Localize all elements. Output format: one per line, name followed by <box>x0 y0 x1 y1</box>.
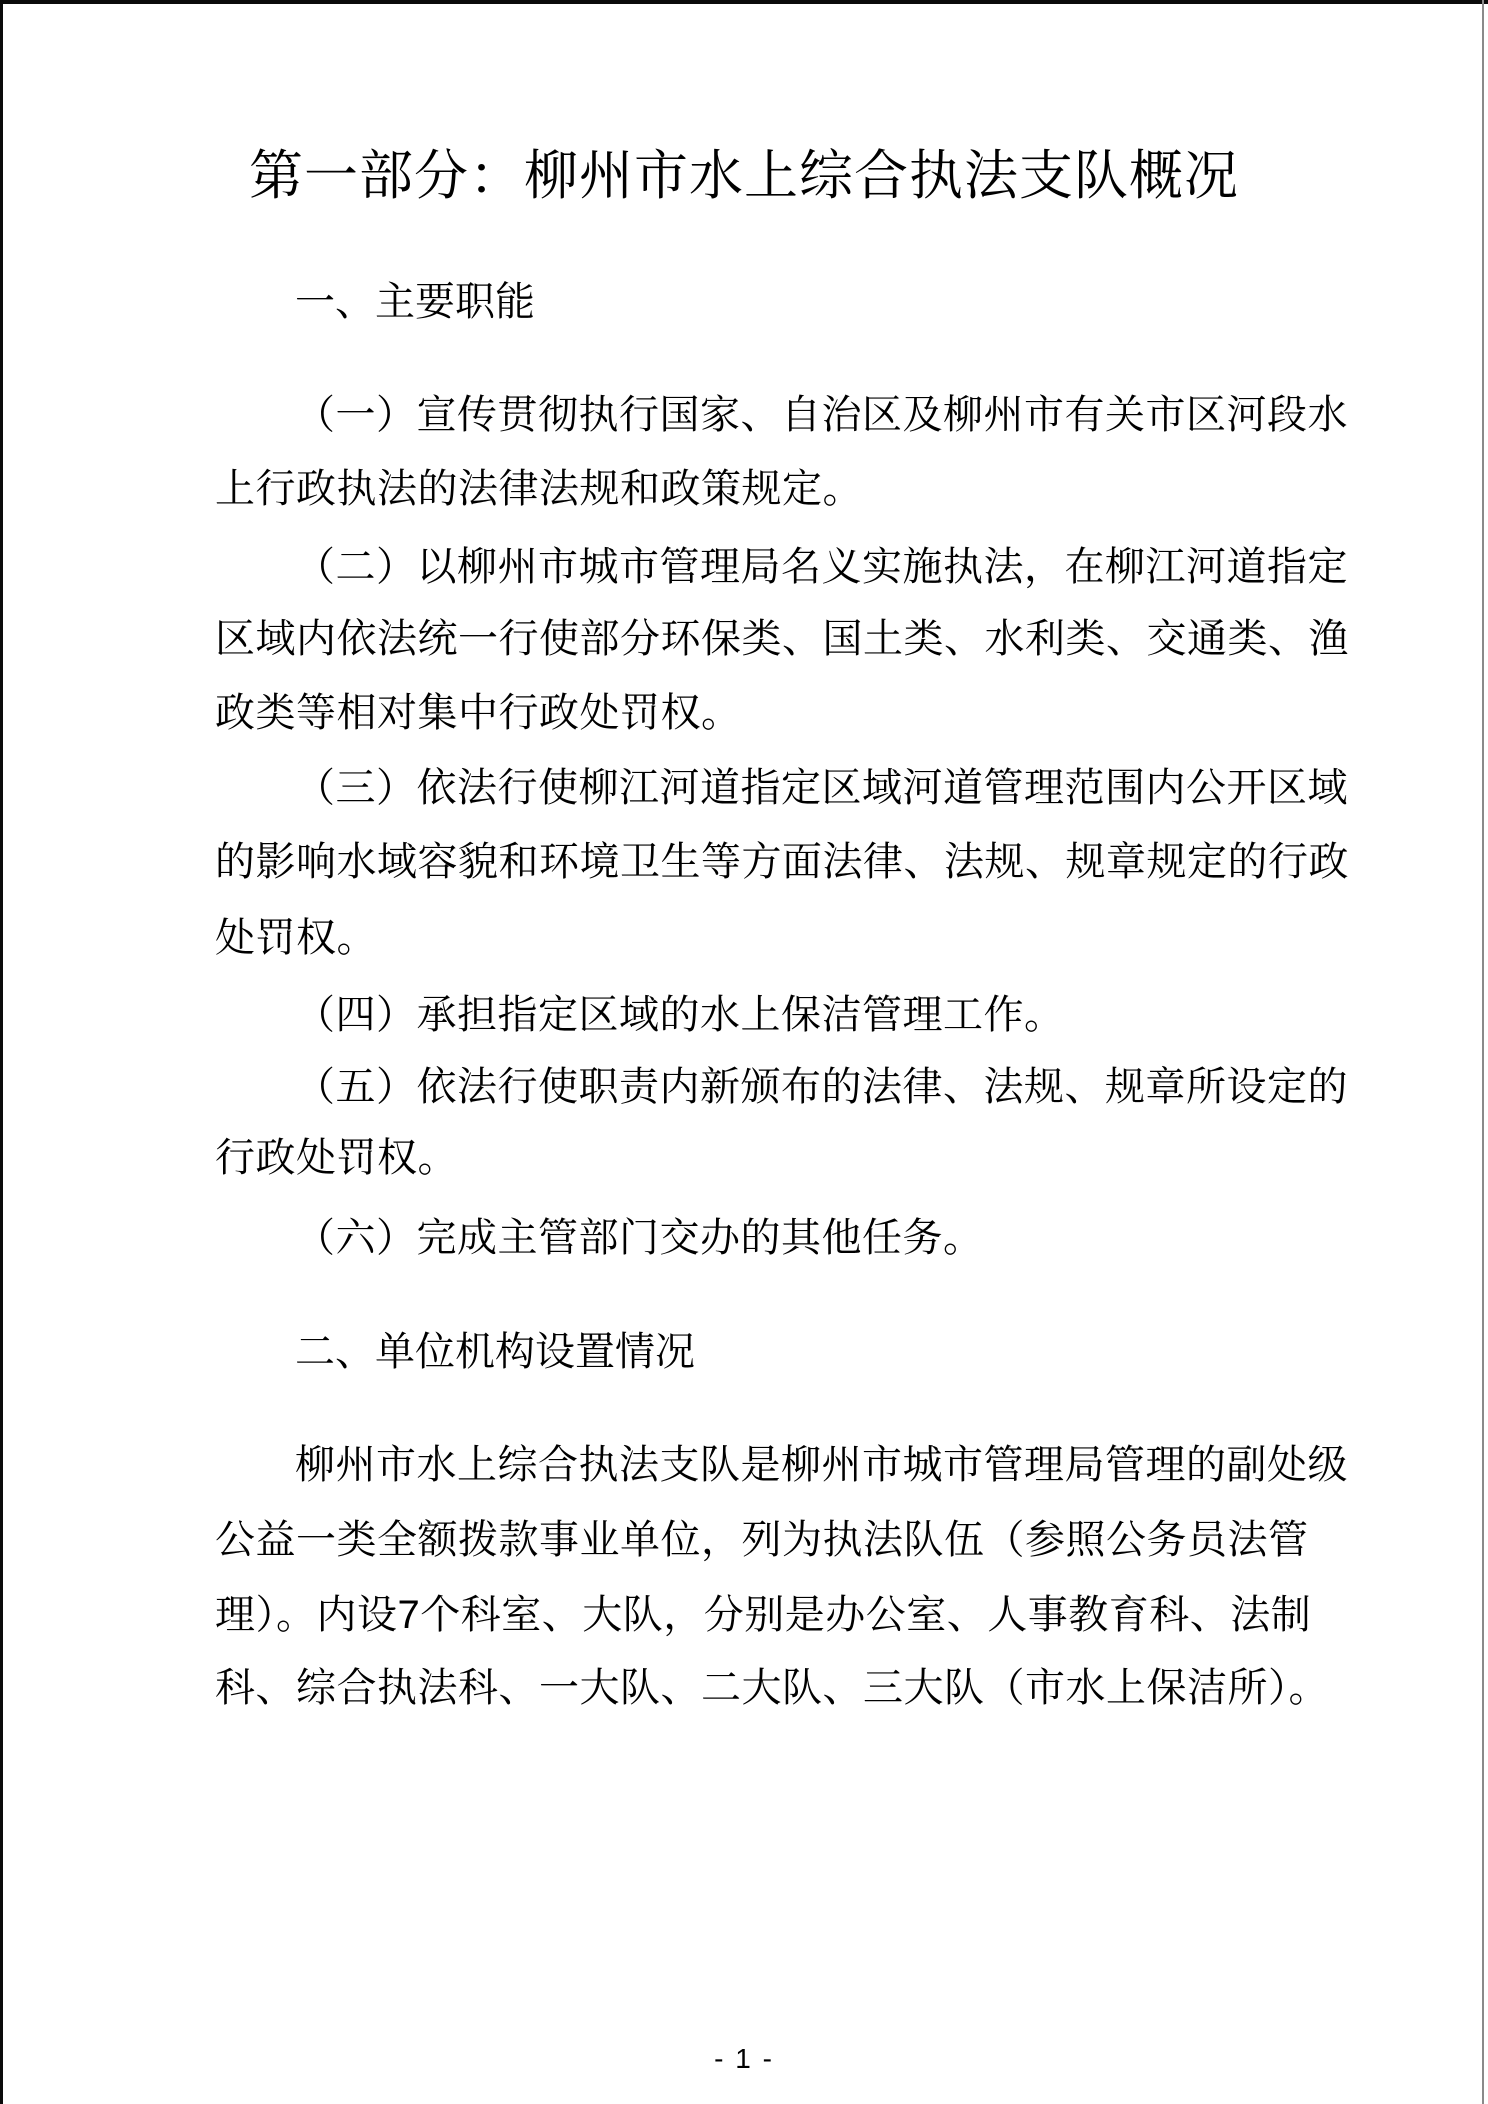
body-line: 行政处罚权。 <box>215 1132 1345 1184</box>
document-page: 第一部分：柳州市水上综合执法支队概况 一、主要职能 （一）宣传贯彻执行国家、自治… <box>0 0 1488 2104</box>
body-line: 的影响水域容貌和环境卫生等方面法律、法规、规章规定的行政 <box>215 836 1345 888</box>
page-number: - 1 - <box>0 2042 1488 2076</box>
body-line: （六）完成主管部门交办的其他任务。 <box>215 1212 1345 1264</box>
section-heading-main-duties: 一、主要职能 <box>215 276 1290 328</box>
body-line: 理）。内设7个科室、大队，分别是办公室、人事教育科、法制 <box>215 1589 1345 1641</box>
body-line: 柳州市水上综合执法支队是柳州市城市管理局管理的副处级 <box>215 1439 1345 1491</box>
body-line: 政类等相对集中行政处罚权。 <box>215 687 1345 739</box>
section-heading-organization: 二、单位机构设置情况 <box>215 1326 1290 1378</box>
page-top-border <box>0 0 1488 4</box>
body-line: 公益一类全额拨款事业单位，列为执法队伍（参照公务员法管 <box>215 1514 1345 1566</box>
page-left-border <box>0 0 3 2104</box>
document-title: 第一部分：柳州市水上综合执法支队概况 <box>0 145 1488 207</box>
body-line: （三）依法行使柳江河道指定区域河道管理范围内公开区域 <box>215 762 1345 814</box>
body-line: 区域内依法统一行使部分环保类、国土类、水利类、交通类、渔 <box>215 613 1345 665</box>
body-line: 处罚权。 <box>215 912 1345 964</box>
body-line: （五）依法行使职责内新颁布的法律、法规、规章所设定的 <box>215 1061 1345 1113</box>
body-line: 科、综合执法科、一大队、二大队、三大队（市水上保洁所）。 <box>215 1662 1345 1714</box>
page-right-border <box>1482 0 1484 2104</box>
body-line: （一）宣传贯彻执行国家、自治区及柳州市有关市区河段水 <box>215 389 1345 441</box>
body-line: （四）承担指定区域的水上保洁管理工作。 <box>215 989 1345 1041</box>
body-line: （二）以柳州市城市管理局名义实施执法，在柳江河道指定 <box>215 541 1345 593</box>
body-line: 上行政执法的法律法规和政策规定。 <box>215 463 1345 515</box>
